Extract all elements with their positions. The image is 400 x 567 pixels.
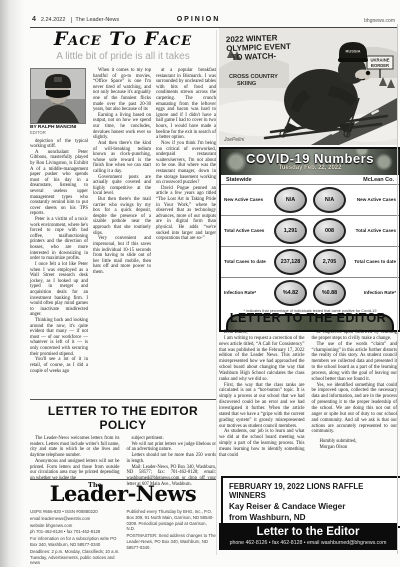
article-paragraph: I once felt a lot like Peter when I was … — [30, 262, 88, 318]
letter-paragraph: As students, our job is to learn and wha… — [219, 429, 305, 458]
cartoonist-signature: JoePelini — [223, 137, 245, 143]
article-column-2: When it comes to my top handful of go-to… — [93, 68, 151, 374]
covid-numbers-panel: COVID-19 Numbers Tuesday Feb. 22, 2022 S… — [219, 147, 400, 332]
covid-row: New Active Cases N/A N/A New Active Case… — [221, 185, 399, 215]
contact-bar-details: phone 462-8126 • fax 462-8128 • email wa… — [219, 540, 397, 546]
covid-row-label-right: Total Active Cases — [349, 228, 396, 233]
svg-text:UKRAINE: UKRAINE — [370, 58, 389, 63]
article-paragraph: And then there's the kind of will-breaki… — [93, 141, 151, 175]
article-paragraph: When it comes to my top handful of go-to… — [93, 68, 151, 113]
covid-row-label-left: Total Cases to date — [224, 259, 271, 264]
svg-text:SKIING: SKIING — [237, 81, 256, 87]
article-paragraph: David Pogue penned an article a few year… — [156, 186, 216, 242]
covid-row: Infection Rate* %4.82 %0.88 Infection Ra… — [221, 277, 399, 308]
article-paragraph: Earning a living based on output, not on… — [93, 113, 151, 141]
masthead-logo-name: Leader-News — [50, 481, 197, 506]
letter-column-2: be improved upon followed by learning th… — [312, 330, 398, 459]
section-title: OPINION — [30, 16, 367, 23]
covid-rows: New Active Cases N/A N/A New Active Case… — [221, 185, 399, 308]
article-paragraph: Government posts are actually quite cove… — [93, 175, 151, 197]
article-paragraph: at a popular breakfast restaurant in Bis… — [156, 68, 216, 141]
raffle-winners: Kay Reiser & Candace Wieger — [229, 502, 397, 511]
article-paragraph: Very convenient and impersonal, but if t… — [93, 236, 151, 275]
policy-paragraph: Letters should not be more than 250 word… — [127, 453, 217, 464]
svg-text:CROSS COUNTRY: CROSS COUNTRY — [229, 74, 278, 80]
masthead-line: website bhgnews.com — [30, 523, 120, 529]
byline: BY RALPH MANCINI EDITOR — [30, 125, 88, 136]
covid-row: Total Active Cases 1,291 008 Total Activ… — [221, 215, 399, 246]
masthead-line: email leadernews@westriv.com — [30, 516, 120, 522]
raffle-headline: FEBRUARY 19, 2022 LIONS RAFFLE WINNERS — [229, 482, 397, 500]
region-statewide: Statewide — [226, 177, 252, 183]
article-paragraph: Now if you think I'm being too critical … — [156, 141, 216, 186]
letter-paragraph: be improved upon followed by learning th… — [312, 330, 398, 342]
editor-photo — [30, 68, 86, 124]
region-mclean: McLean Co. — [363, 177, 394, 183]
covid-header: COVID-19 Numbers Tuesday Feb. 22, 2022 — [221, 149, 399, 175]
letter-paragraph: The use of the words “claim” and “champi… — [312, 342, 398, 383]
stat-circle-mclean: %0.88 — [313, 280, 346, 306]
raffle-winners-box: FEBRUARY 19, 2022 LIONS RAFFLE WINNERS K… — [221, 476, 400, 528]
covid-row-label-right: Total Cases to date — [349, 259, 396, 264]
svg-text:RUSSIA: RUSSIA — [345, 49, 360, 54]
page-header: 42.24.2022The Leader-News OPINION bhgnew… — [30, 16, 397, 28]
covid-date: Tuesday Feb. 22, 2022 — [279, 165, 342, 172]
svg-text:BORDER: BORDER — [371, 63, 389, 68]
stat-circle-mclean: N/A — [313, 187, 346, 213]
letter-paragraph: I am writing to request a correction of … — [219, 336, 305, 383]
article-paragraph: Thinking back and looking around the now… — [30, 318, 88, 357]
contact-bar-title: Letter to the Editor — [219, 526, 397, 539]
stat-circle-statewide: %4.82 — [274, 280, 307, 306]
letter-contact-bar: Letter to the Editor phone 462-8126 • fa… — [219, 523, 397, 550]
policy-heading: LETTER TO THE EDITOR POLICY — [30, 404, 216, 432]
masthead-line: For information on for a subscription wr… — [30, 536, 120, 548]
letter-column-1: Dear Editor,I am writing to request a co… — [219, 330, 305, 459]
masthead: The Leader-News USPS #666-920 • ISSN #08… — [30, 479, 216, 567]
stat-circle-statewide: 237,128 — [274, 249, 307, 275]
covid-row-label-left: Infection Rate* — [224, 290, 271, 295]
svg-text:TO WATCH-: TO WATCH- — [231, 51, 276, 62]
policy-paragraph: The Leader-News welcomes letters from it… — [30, 436, 120, 459]
stat-circle-mclean: 2,705 — [313, 249, 346, 275]
editorial-cartoon: UKRAINE BORDER RUSSIA — [219, 28, 397, 145]
virus-image — [225, 151, 247, 173]
masthead-right-column: Published every Thursday by BHG, Inc., P… — [127, 509, 217, 567]
opinion-article: Face To Face A little bit of pride is al… — [30, 30, 216, 374]
covid-row-label-right: Infection Rate* — [349, 290, 396, 295]
letter-to-editor-section: LETTER TO THE EDITOR Dear Editor,I am wr… — [219, 311, 397, 459]
byline-role: EDITOR — [30, 131, 88, 136]
masthead-line: ph 701-462-8126 • fax 701-462-8128 — [30, 529, 120, 535]
article-paragraph: Peter is a victim of a toxic work enviro… — [30, 217, 88, 262]
website-url: bhgnews.com — [364, 18, 395, 24]
article-title: Face To Face — [30, 30, 216, 49]
covid-row-label-right: New Active Cases — [349, 197, 396, 202]
masthead-logo: The Leader-News — [30, 483, 216, 505]
letter-paragraph: First, the way that the class ranks are … — [219, 383, 305, 430]
raffle-city: from Washburn, ND — [229, 513, 397, 522]
policy-paragraph: We will not print letters we judge libel… — [127, 442, 217, 453]
letter-paragraph: Yes, we identified something that could … — [312, 383, 398, 436]
masthead-left-column: USPS #666-920 • ISSN #08880220email lead… — [30, 509, 120, 567]
covid-row-label-left: New Active Cases — [224, 197, 271, 202]
newspaper-page: 42.24.2022The Leader-News OPINION bhgnew… — [0, 0, 400, 567]
letter-heading: LETTER TO THE EDITOR — [219, 311, 397, 325]
article-subtitle: A little bit of pride is all it takes — [30, 51, 216, 62]
article-paragraph: But then there's the mail carrier who sw… — [93, 197, 151, 236]
stat-circle-mclean: 008 — [313, 218, 346, 244]
article-column-1: BY RALPH MANCINI EDITOR depiction of the… — [30, 68, 88, 374]
masthead-line: Deadlines: 2 p.m. Monday, Classifieds; 1… — [30, 549, 120, 566]
virus-image — [375, 153, 393, 171]
covid-region-labels: Statewide McLean Co. — [221, 175, 399, 185]
stat-circle-statewide: N/A — [274, 187, 307, 213]
column-divider — [216, 30, 217, 555]
letter-signer: Morgan Olson — [312, 445, 398, 451]
article-column-3: at a popular breakfast restaurant in Bis… — [156, 68, 216, 374]
article-column-1-text: depiction of the typical working stiff.A… — [30, 139, 88, 375]
masthead-line: Published every Thursday by BHG, Inc., P… — [127, 509, 217, 532]
letter-policy-section: LETTER TO THE EDITOR POLICY The Leader-N… — [30, 399, 216, 488]
letter-closing: Humbly submitted, Morgan Olson — [312, 439, 398, 451]
covid-row-label-left: Total Active Cases — [224, 228, 271, 233]
article-paragraph: A nonchalant Peter Gibbons, masterfully … — [30, 150, 88, 217]
covid-row: Total Cases to date 237,128 2,705 Total … — [221, 246, 399, 277]
covid-title: COVID-19 Numbers — [246, 152, 374, 165]
masthead-line: POSTMASTER: Send address changes to The … — [127, 533, 217, 550]
masthead-logo-the: The — [88, 482, 102, 489]
masthead-line: USPS #666-920 • ISSN #08880220 — [30, 509, 120, 515]
stat-circle-statewide: 1,291 — [274, 218, 307, 244]
article-paragraph: depiction of the typical working stiff. — [30, 139, 88, 150]
article-paragraph: You'll see a lot of it in retail, of cou… — [30, 357, 88, 374]
